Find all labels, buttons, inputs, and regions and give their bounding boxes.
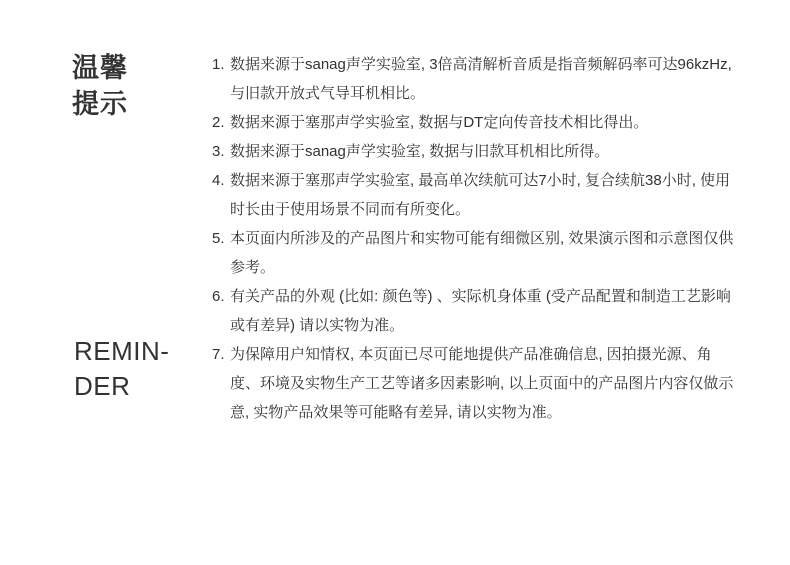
notice-item-number: 3. (212, 137, 230, 166)
page-title-en-line1: REMIN- (74, 334, 169, 369)
notice-item-text: 数据来源于塞那声学实验室, 最高单次续航可达7小时, 复合续航38小时, 使用时… (230, 166, 734, 224)
notice-item-1: 1. 数据来源于sanag声学实验室, 3倍高清解析音质是指音频解码率可达96k… (212, 50, 734, 108)
notice-item-number: 1. (212, 50, 230, 79)
notice-item-number: 6. (212, 282, 230, 311)
page-title-cn-line2: 提示 (72, 86, 128, 122)
notice-item-text: 为保障用户知情权, 本页面已尽可能地提供产品准确信息, 因拍摄光源、角度、环境及… (230, 340, 734, 427)
notice-item-text: 数据来源于sanag声学实验室, 数据与旧款耳机相比所得。 (230, 137, 734, 166)
notice-item-2: 2. 数据来源于塞那声学实验室, 数据与DT定向传音技术相比得出。 (212, 108, 734, 137)
page-title-cn-line1: 温馨 (72, 50, 128, 86)
notice-item-number: 7. (212, 340, 230, 369)
notice-item-text: 数据来源于sanag声学实验室, 3倍高清解析音质是指音频解码率可达96kzHz… (230, 50, 734, 108)
notice-item-6: 6. 有关产品的外观 (比如: 颜色等) 、实际机身体重 (受产品配置和制造工艺… (212, 282, 734, 340)
page-title-cn: 温馨 提示 (72, 50, 128, 122)
notice-item-4: 4. 数据来源于塞那声学实验室, 最高单次续航可达7小时, 复合续航38小时, … (212, 166, 734, 224)
notice-item-number: 2. (212, 108, 230, 137)
notice-item-text: 数据来源于塞那声学实验室, 数据与DT定向传音技术相比得出。 (230, 108, 734, 137)
notice-item-5: 5. 本页面内所涉及的产品图片和实物可能有细微区别, 效果演示图和示意图仅供参考… (212, 224, 734, 282)
notice-item-3: 3. 数据来源于sanag声学实验室, 数据与旧款耳机相比所得。 (212, 137, 734, 166)
notice-item-text: 本页面内所涉及的产品图片和实物可能有细微区别, 效果演示图和示意图仅供参考。 (230, 224, 734, 282)
page-title-en-line2: DER (74, 369, 169, 404)
notice-item-text: 有关产品的外观 (比如: 颜色等) 、实际机身体重 (受产品配置和制造工艺影响或… (230, 282, 734, 340)
page-title-en: REMIN- DER (74, 334, 169, 404)
notice-list: 1. 数据来源于sanag声学实验室, 3倍高清解析音质是指音频解码率可达96k… (212, 50, 734, 427)
notice-item-number: 4. (212, 166, 230, 195)
notice-item-7: 7. 为保障用户知情权, 本页面已尽可能地提供产品准确信息, 因拍摄光源、角度、… (212, 340, 734, 427)
notice-item-number: 5. (212, 224, 230, 253)
